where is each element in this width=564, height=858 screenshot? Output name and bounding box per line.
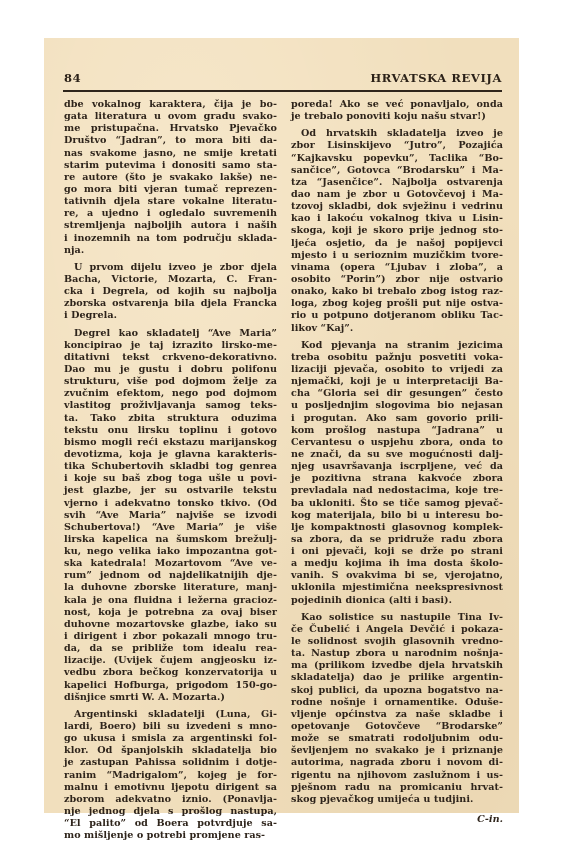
text-line: dišnjice smrti W. A. Mozarta.)	[64, 692, 277, 704]
text-line: vjerno i adekvatno tonsko tkivo. (Od	[64, 498, 277, 510]
text-line: rio u potpuno dotjeranom obliku Tac-	[291, 310, 503, 322]
text-line: lardi, Boero) bili su izvedeni s mno-	[64, 721, 277, 733]
text-line: ne znači, da su sve mogućnosti dalj-	[291, 449, 503, 461]
text-line: stremljenja najboljih autora i naših	[64, 220, 277, 232]
text-line: zborom adekvatno iznio. (Ponavlja-	[64, 794, 277, 806]
text-line: koncipirao je taj izrazito lirsko-me-	[64, 340, 277, 352]
text-line: cha “Gloria sei dir gesungen” često	[291, 388, 503, 400]
text-line: če Čubelić i Angela Devčić i pokaza-	[291, 624, 503, 636]
text-line: tza “Jasenčice”. Najbolja ostvarenja	[291, 177, 503, 189]
text-line: loga, zbog kojeg prošli put nije ostva-	[291, 298, 503, 310]
paragraph: U prvom dijelu izveo je zbor djelaBacha,…	[64, 262, 277, 323]
text-line: zvučnim efektom, nego pod dojmom	[64, 388, 277, 400]
text-line: i progutan. Ako sam govorio prili-	[291, 413, 503, 425]
text-line: Degrel kao skladatelj “Ave Maria”	[64, 328, 277, 340]
text-line: ditativni tekst crkveno-dekorativno.	[64, 352, 277, 364]
text-line: malnu i emotivnu ljepotu dirigent sa	[64, 782, 277, 794]
text-line: lizacije. (Uvijek čujem angjeosku iz-	[64, 655, 277, 667]
text-line: kala je ona fluidna i ležerna gracioz-	[64, 595, 277, 607]
page-number: 84	[64, 71, 81, 85]
text-line: starim putevima i donositi samo sta-	[64, 160, 277, 172]
text-line: Dao mu je gustu i dobru polifonu	[64, 364, 277, 376]
text-line: vanih. S ovakvima bi se, vjerojatno,	[291, 570, 503, 582]
text-line: kog materijala, bilo bi u interesu bo-	[291, 510, 503, 522]
text-line: cka i Degrela, od kojih su najbolja	[64, 286, 277, 298]
text-line: a medju kojima ih ima dosta školo-	[291, 558, 503, 570]
text-line: devotizma, koja je glavna karakteris-	[64, 449, 277, 461]
text-line: dbe vokalnog karaktera, čija je bo-	[64, 99, 277, 111]
text-line: tekstu onu lirsku toplinu i gotovo	[64, 425, 277, 437]
paragraph: Degrel kao skladatelj “Ave Maria”koncipi…	[64, 328, 277, 704]
text-line: kao i lakoću vokalnog tkiva u Lisin-	[291, 213, 503, 225]
journal-title: HRVATSKA REVIJA	[370, 71, 502, 85]
text-line: da, da se približe tom idealu rea-	[64, 643, 277, 655]
text-line: rigentu na njihovom zaslužnom i us-	[291, 770, 503, 782]
text-line: i Degrela.	[64, 310, 277, 322]
text-line: nja.	[64, 245, 277, 257]
text-line: uklonila mjestimična neekspresivnost	[291, 582, 503, 594]
text-line: rum” jednom od najdelikatnijih dje-	[64, 570, 277, 582]
text-line: njemački, koji je u interpretaciji Ba-	[291, 376, 503, 388]
text-line: bismo mogli reći ekstazu marijanskog	[64, 437, 277, 449]
text-line: Argentinski skladatelji (Luna, Gi-	[64, 709, 277, 721]
text-line: opetovanje Gotovčeve “Brodarske”	[291, 721, 503, 733]
text-line: prevladala nad nedostacima, koje tre-	[291, 485, 503, 497]
text-line: nje jednog djela s prošlog nastupa,	[64, 806, 277, 818]
text-line: autorima, nagrada zboru i novom di-	[291, 757, 503, 769]
text-line: U prvom dijelu izveo je zbor djela	[64, 262, 277, 274]
text-line: skoj publici, da upozna bogatstvo na-	[291, 685, 503, 697]
text-line: tativnih djela stare vokalne literatu-	[64, 196, 277, 208]
text-line: go ukusa i smisla za argentinski fol-	[64, 733, 277, 745]
text-line: Od hrvatskih skladatelja izveo je	[291, 128, 503, 140]
text-line: mo mišljenje o potrebi promjene ras-	[64, 830, 277, 842]
text-line: pojedinih dionica (alti i basi).	[291, 595, 503, 607]
text-line: “Kajkavsku popevku”, Taclika “Bo-	[291, 153, 503, 165]
text-line: onako, kako bi trebalo zbog istog raz-	[291, 286, 503, 298]
text-line: klor. Od španjolskih skladatelja bio	[64, 745, 277, 757]
text-line: strukturu, više pod dojmom želje za	[64, 376, 277, 388]
text-line: nas svakome jasno, ne smije kretati	[64, 148, 277, 160]
text-line: osobito “Porin”) zbor nije ostvario	[291, 274, 503, 286]
text-line: rodne nošnje i ornamentike. Oduše-	[291, 697, 503, 709]
text-line: je zastupan Pahissa solidnim i dotje-	[64, 757, 277, 769]
right-column: poreda! Ako se već ponavljalo, ondaje tr…	[291, 99, 503, 826]
text-line: gata literatura u ovom gradu svako-	[64, 111, 277, 123]
text-line: treba osobitu pažnju posvetiti voka-	[291, 352, 503, 364]
text-line: je trebalo ponoviti koju našu stvar!)	[291, 111, 503, 123]
author-signature: C-in.	[291, 814, 503, 826]
text-line: tika Schubertovih skladbi tog genrea	[64, 461, 277, 473]
text-line: vljenje općinstva za naše skladbe i	[291, 709, 503, 721]
text-line: kom prošlog nastupa “Jadrana” u	[291, 425, 503, 437]
paragraph: Od hrvatskih skladatelja izveo jezbor Li…	[291, 128, 503, 334]
paragraph: Argentinski skladatelji (Luna, Gi-lardi,…	[64, 709, 277, 843]
text-line: Kao solistice su nastupile Tina Iv-	[291, 612, 503, 624]
text-line: lizaciji pjevača, osobito to vrijedi za	[291, 364, 503, 376]
text-line: Schubertova!) “Ave Maria” je više	[64, 522, 277, 534]
text-line: lirska kapelica na šumskom brežulj-	[64, 534, 277, 546]
text-line: skladatelja) dao je prilike argentin-	[291, 672, 503, 684]
paragraph: poreda! Ako se već ponavljalo, ondaje tr…	[291, 99, 503, 123]
text-line: ta. Nastup zbora u narodnim nošnja-	[291, 648, 503, 660]
text-line: Bacha, Victorie, Mozarta, C. Fran-	[64, 274, 277, 286]
text-line: me pristupačna. Hrvatsko Pjevačko	[64, 123, 277, 135]
text-line: pješnom radu na promicaniu hrvat-	[291, 782, 503, 794]
text-line: može se smatrati rodoljubnim odu-	[291, 733, 503, 745]
text-line: zbor Lisinskijevo “Jutro”, Pozajića	[291, 140, 503, 152]
text-line: dao nam je zbor u Gotovčevoj i Ma-	[291, 189, 503, 201]
text-line: nost, koja je potrebna za ovaj biser	[64, 607, 277, 619]
magazine-page: 84 HRVATSKA REVIJA dbe vokalnog karakter…	[44, 38, 519, 813]
text-line: sančice”, Gotovca “Brodarsku” i Ma-	[291, 165, 503, 177]
left-column: dbe vokalnog karaktera, čija je bo-gata …	[64, 99, 277, 842]
paragraph: Kao solistice su nastupile Tina Iv-če Ču…	[291, 612, 503, 806]
text-line: “El palito” od Boera potvrdjuje sa-	[64, 818, 277, 830]
text-line: i koje su baš zbog toga ušle u povi-	[64, 473, 277, 485]
text-line: vinama (opera “Ljubav i zloba”, a	[291, 262, 503, 274]
text-line: poreda! Ako se već ponavljalo, onda	[291, 99, 503, 111]
paragraph: Kod pjevanja na stranim jezicimatreba os…	[291, 340, 503, 607]
text-line: likov “Kaj”.	[291, 323, 503, 335]
text-line: lje kompaktnosti glasovnog komplek-	[291, 522, 503, 534]
text-line: njeg usavršavanja iscrpljene, već da	[291, 461, 503, 473]
text-line: je pozitivna strana kakvoće zbora	[291, 473, 503, 485]
text-line: Kod pjevanja na stranim jezicima	[291, 340, 503, 352]
text-line: skog pjevačkog umijeća u tudjini.	[291, 794, 503, 806]
text-line: ljeća osjetio, da je našoj popijevci	[291, 238, 503, 250]
text-line: ta. Tako zbita struktura oduzima	[64, 413, 277, 425]
text-line: Cervantesu o uspjehu zbora, onda to	[291, 437, 503, 449]
text-line: u posljednjim slogovima bio nejasan	[291, 400, 503, 412]
text-line: go mora biti vjeran tumač reprezen-	[64, 184, 277, 196]
text-line: ranim “Madrigalom”, kojeg je for-	[64, 770, 277, 782]
text-line: re autore (što je svakako lakše) ne-	[64, 172, 277, 184]
text-line: ku, nego velika iako impozantna got-	[64, 546, 277, 558]
text-line: zborska ostvarenja bila djela Francka	[64, 298, 277, 310]
text-line: ma (prilikom izvedbe djela hrvatskih	[291, 660, 503, 672]
text-line: mjesto i u serioznim muzičkim tvore-	[291, 250, 503, 262]
text-line: ba ukloniti. Što se tiče samog pjevač-	[291, 498, 503, 510]
text-line: vlastitog proživljavanja samog teks-	[64, 400, 277, 412]
text-line: i oni pjevači, koji se drže po strani	[291, 546, 503, 558]
text-line: le solidnost svojih glasovnih vredno-	[291, 636, 503, 648]
header-rule	[63, 90, 502, 92]
text-line: vedbu zbora bečkog konzervatorija u	[64, 667, 277, 679]
text-line: la duhovne zborske literature, manj-	[64, 582, 277, 594]
text-line: ševljenjem no svakako je i priznanje	[291, 745, 503, 757]
text-line: Društvo “Jadran”, to mora biti da-	[64, 135, 277, 147]
paragraph: dbe vokalnog karaktera, čija je bo-gata …	[64, 99, 277, 257]
text-line: jest glazbe, jer su ostvarile tekstu	[64, 485, 277, 497]
text-line: ska katedrala! Mozartovom “Ave ve-	[64, 558, 277, 570]
text-line: duhovne mozartovske glazbe, iako su	[64, 619, 277, 631]
text-line: skoga, koji je skoro prije jednog sto-	[291, 225, 503, 237]
text-line: sa zbora, da se pridruže radu zbora	[291, 534, 503, 546]
text-line: i dirigent i zbor pokazali mnogo tru-	[64, 631, 277, 643]
text-line: re, a ujedno i ogledalo suvremenih	[64, 208, 277, 220]
text-line: i inozemnih na tom području sklada-	[64, 233, 277, 245]
text-line: tzovoj skladbi, dok svježinu i vedrinu	[291, 201, 503, 213]
text-line: svih “Ave Maria” najviše se izvodi	[64, 510, 277, 522]
text-line: kapelici Hofburga, prigodom 150-go-	[64, 680, 277, 692]
